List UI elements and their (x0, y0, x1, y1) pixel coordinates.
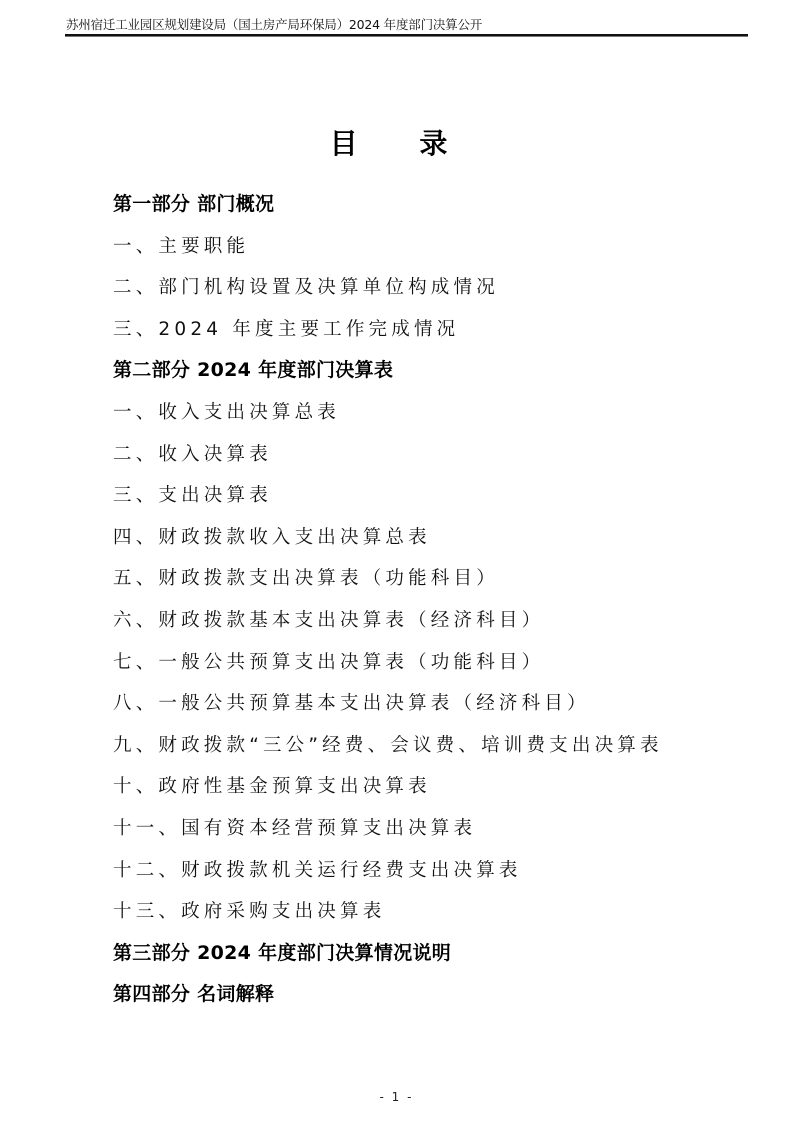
header-divider (65, 34, 748, 37)
toc-part-2[interactable]: 第二部分 2024 年度部门决算表 (113, 350, 753, 392)
toc-title: 目 录 (0, 124, 793, 164)
toc-entry-fiscal-basic-economic[interactable]: 六、财政拨款基本支出决算表（经济科目） (113, 600, 753, 642)
page-number: - 1 - (0, 1089, 793, 1105)
toc-entry-work-completion[interactable]: 三、2024 年度主要工作完成情况 (113, 309, 753, 351)
toc-part-1[interactable]: 第一部分 部门概况 (113, 184, 753, 226)
toc-entry-three-public-expenses[interactable]: 九、财政拨款“三公”经费、会议费、培训费支出决算表 (113, 725, 753, 767)
toc-entry-income-table[interactable]: 二、收入决算表 (113, 434, 753, 476)
toc-entry-government-procurement[interactable]: 十三、政府采购支出决算表 (113, 891, 753, 933)
toc-entry-government-fund[interactable]: 十、政府性基金预算支出决算表 (113, 766, 753, 808)
toc-entry-general-budget-functional[interactable]: 七、一般公共预算支出决算表（功能科目） (113, 642, 753, 684)
toc-entry-agency-operation[interactable]: 十二、财政拨款机关运行经费支出决算表 (113, 850, 753, 892)
toc-entry-fiscal-appropriation-summary[interactable]: 四、财政拨款收入支出决算总表 (113, 517, 753, 559)
toc-entry-state-capital[interactable]: 十一、国有资本经营预算支出决算表 (113, 808, 753, 850)
table-of-contents: 第一部分 部门概况 一、主要职能 二、部门机构设置及决算单位构成情况 三、202… (113, 184, 753, 1016)
toc-part-4[interactable]: 第四部分 名词解释 (113, 974, 753, 1016)
toc-entry-org-structure[interactable]: 二、部门机构设置及决算单位构成情况 (113, 267, 753, 309)
toc-entry-expenditure-table[interactable]: 三、支出决算表 (113, 475, 753, 517)
toc-entry-income-expenditure-summary[interactable]: 一、收入支出决算总表 (113, 392, 753, 434)
toc-entry-main-functions[interactable]: 一、主要职能 (113, 226, 753, 268)
toc-entry-general-budget-basic-economic[interactable]: 八、一般公共预算基本支出决算表（经济科目） (113, 683, 753, 725)
toc-part-3[interactable]: 第三部分 2024 年度部门决算情况说明 (113, 933, 753, 975)
toc-entry-fiscal-expenditure-functional[interactable]: 五、财政拨款支出决算表（功能科目） (113, 558, 753, 600)
running-header: 苏州宿迁工业园区规划建设局（国土房产局环保局）2024 年度部门决算公开 (66, 17, 748, 33)
